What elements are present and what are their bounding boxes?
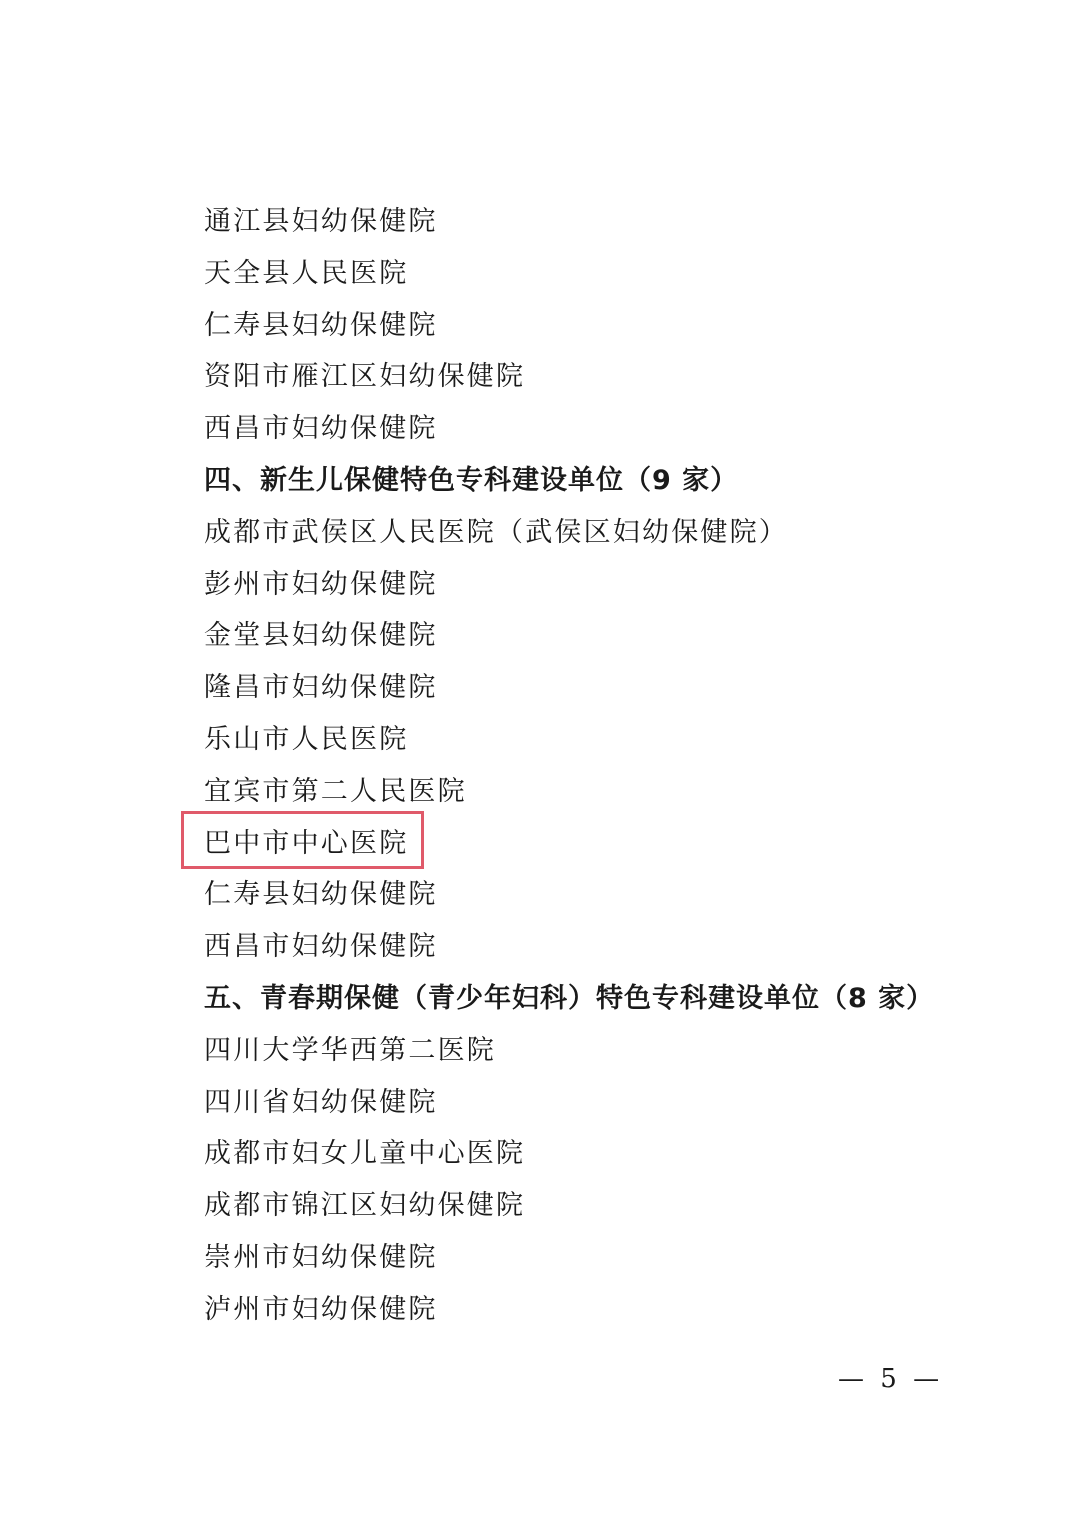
list-item: 泸州市妇幼保健院	[204, 1284, 934, 1336]
section-heading-adolescent: 五、青春期保健（青少年妇科）特色专科建设单位（8 家）	[204, 973, 934, 1025]
list-item: 成都市锦江区妇幼保健院	[204, 1180, 934, 1232]
list-item: 隆昌市妇幼保健院	[204, 662, 934, 714]
document-page: 通江县妇幼保健院 天全县人民医院 仁寿县妇幼保健院 资阳市雁江区妇幼保健院 西昌…	[0, 0, 1080, 1527]
list-item: 金堂县妇幼保健院	[204, 610, 934, 662]
list-item: 西昌市妇幼保健院	[204, 921, 934, 973]
hospital-list: 通江县妇幼保健院 天全县人民医院 仁寿县妇幼保健院 资阳市雁江区妇幼保健院 西昌…	[204, 196, 934, 1336]
page-number: — 5 —	[838, 1364, 943, 1394]
list-item: 资阳市雁江区妇幼保健院	[204, 351, 934, 403]
list-item: 天全县人民医院	[204, 248, 934, 300]
section-heading-neonatal: 四、新生儿保健特色专科建设单位（9 家）	[204, 455, 934, 507]
list-item: 成都市武侯区人民医院（武侯区妇幼保健院）	[204, 507, 934, 559]
list-item: 西昌市妇幼保健院	[204, 403, 934, 455]
list-item: 四川省妇幼保健院	[204, 1077, 934, 1129]
list-item: 乐山市人民医院	[204, 714, 934, 766]
list-item: 宜宾市第二人民医院	[204, 766, 934, 818]
list-item: 仁寿县妇幼保健院	[204, 300, 934, 352]
list-item: 仁寿县妇幼保健院	[204, 869, 934, 921]
list-item: 成都市妇女儿童中心医院	[204, 1128, 934, 1180]
highlight-box	[181, 811, 424, 869]
list-item: 彭州市妇幼保健院	[204, 559, 934, 611]
list-item: 通江县妇幼保健院	[204, 196, 934, 248]
list-item: 四川大学华西第二医院	[204, 1025, 934, 1077]
list-item: 崇州市妇幼保健院	[204, 1232, 934, 1284]
